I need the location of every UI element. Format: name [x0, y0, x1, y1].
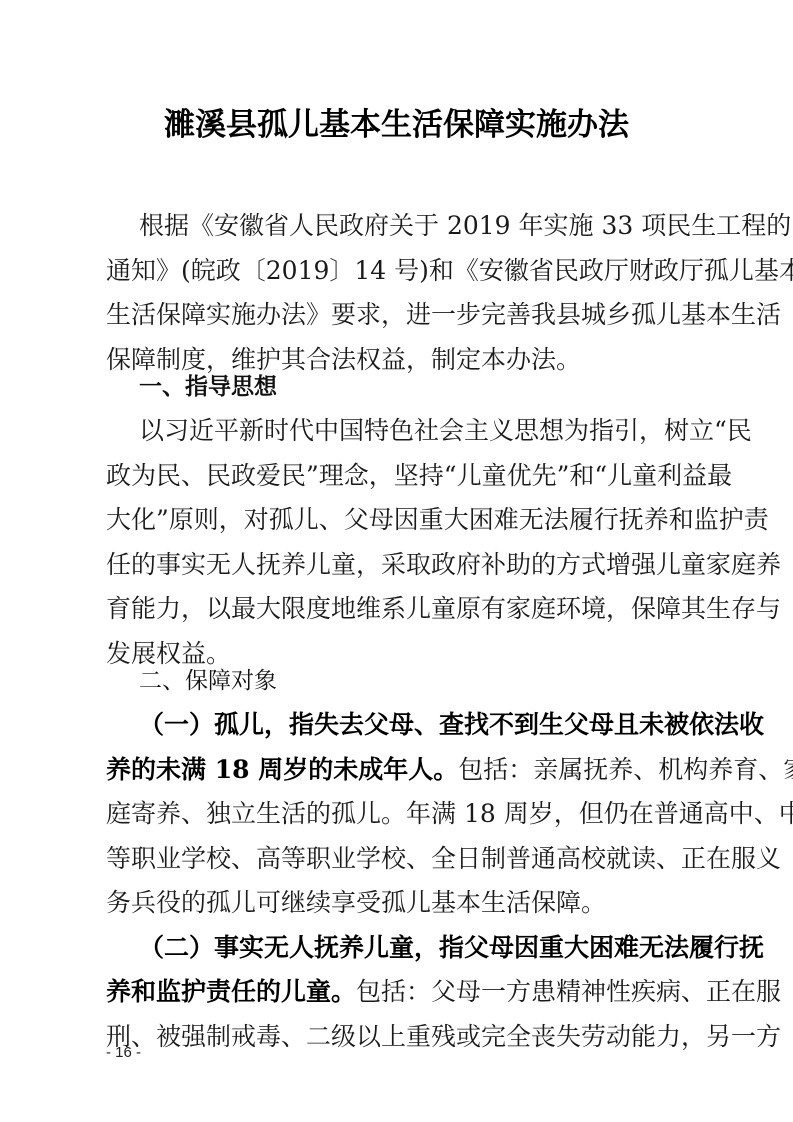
section-heading-beneficiaries: 二、保障对象 — [139, 661, 277, 701]
section1-line-2: 政为民、民政爱民”理念，坚持“儿童优先”和“儿童利益最 — [106, 456, 696, 496]
document-page: 濉溪县孤儿基本生活保障实施办法 根据《安徽省人民政府关于 2019 年实施 33… — [0, 0, 793, 1122]
item1-bold-definition: 养的未满 18 周岁的未成年人。 — [106, 755, 458, 784]
item1-line-3: 庭寄养、独立生活的孤儿。年满 18 周岁，但仍在普通高中、中 — [106, 794, 696, 834]
item1-inclusion-text: 包括：亲属抚养、机构养育、家 — [458, 755, 793, 784]
item2-line-2: 养和监护责任的儿童。包括：父母一方患精神性疾病、正在服 — [106, 972, 696, 1012]
item1-line-2: 养的未满 18 周岁的未成年人。包括：亲属抚养、机构养育、家 — [106, 750, 696, 790]
item1-bold-line-1: （一）孤儿，指失去父母、查找不到生父母且未被依法收 — [139, 705, 696, 745]
section-heading-guiding-ideology: 一、指导思想 — [139, 367, 277, 407]
document-title: 濉溪县孤儿基本生活保障实施办法 — [0, 103, 793, 147]
section1-line-1: 以习近平新时代中国特色社会主义思想为指引，树立“民 — [139, 411, 696, 451]
section1-line-5: 育能力，以最大限度地维系儿童原有家庭环境，保障其生存与 — [106, 589, 696, 629]
intro-line-2: 通知》(皖政〔2019〕14 号)和《安徽省民政厅财政厅孤儿基本 — [106, 251, 696, 291]
intro-line-1: 根据《安徽省人民政府关于 2019 年实施 33 项民生工程的 — [139, 206, 696, 246]
item2-line-3: 刑、被强制戒毒、二级以上重残或完全丧失劳动能力，另一方 — [106, 1017, 696, 1057]
item1-line-4: 等职业学校、高等职业学校、全日制普通高校就读、正在服义 — [106, 839, 696, 879]
intro-line-3: 生活保障实施办法》要求，进一步完善我县城乡孤儿基本生活 — [106, 295, 696, 335]
section1-line-4: 任的事实无人抚养儿童，采取政府补助的方式增强儿童家庭养 — [106, 545, 696, 585]
section1-line-3: 大化”原则，对孤儿、父母因重大困难无法履行抚养和监护责 — [106, 500, 696, 540]
item2-bold-line-1: （二）事实无人抚养儿童，指父母因重大困难无法履行抚 — [139, 928, 696, 968]
item2-bold-definition: 养和监护责任的儿童。 — [106, 977, 356, 1006]
item1-line-5: 务兵役的孤儿可继续享受孤儿基本生活保障。 — [106, 883, 696, 923]
item2-inclusion-text: 包括：父母一方患精神性疾病、正在服 — [356, 977, 781, 1006]
page-number: - 16 - — [106, 1043, 141, 1063]
